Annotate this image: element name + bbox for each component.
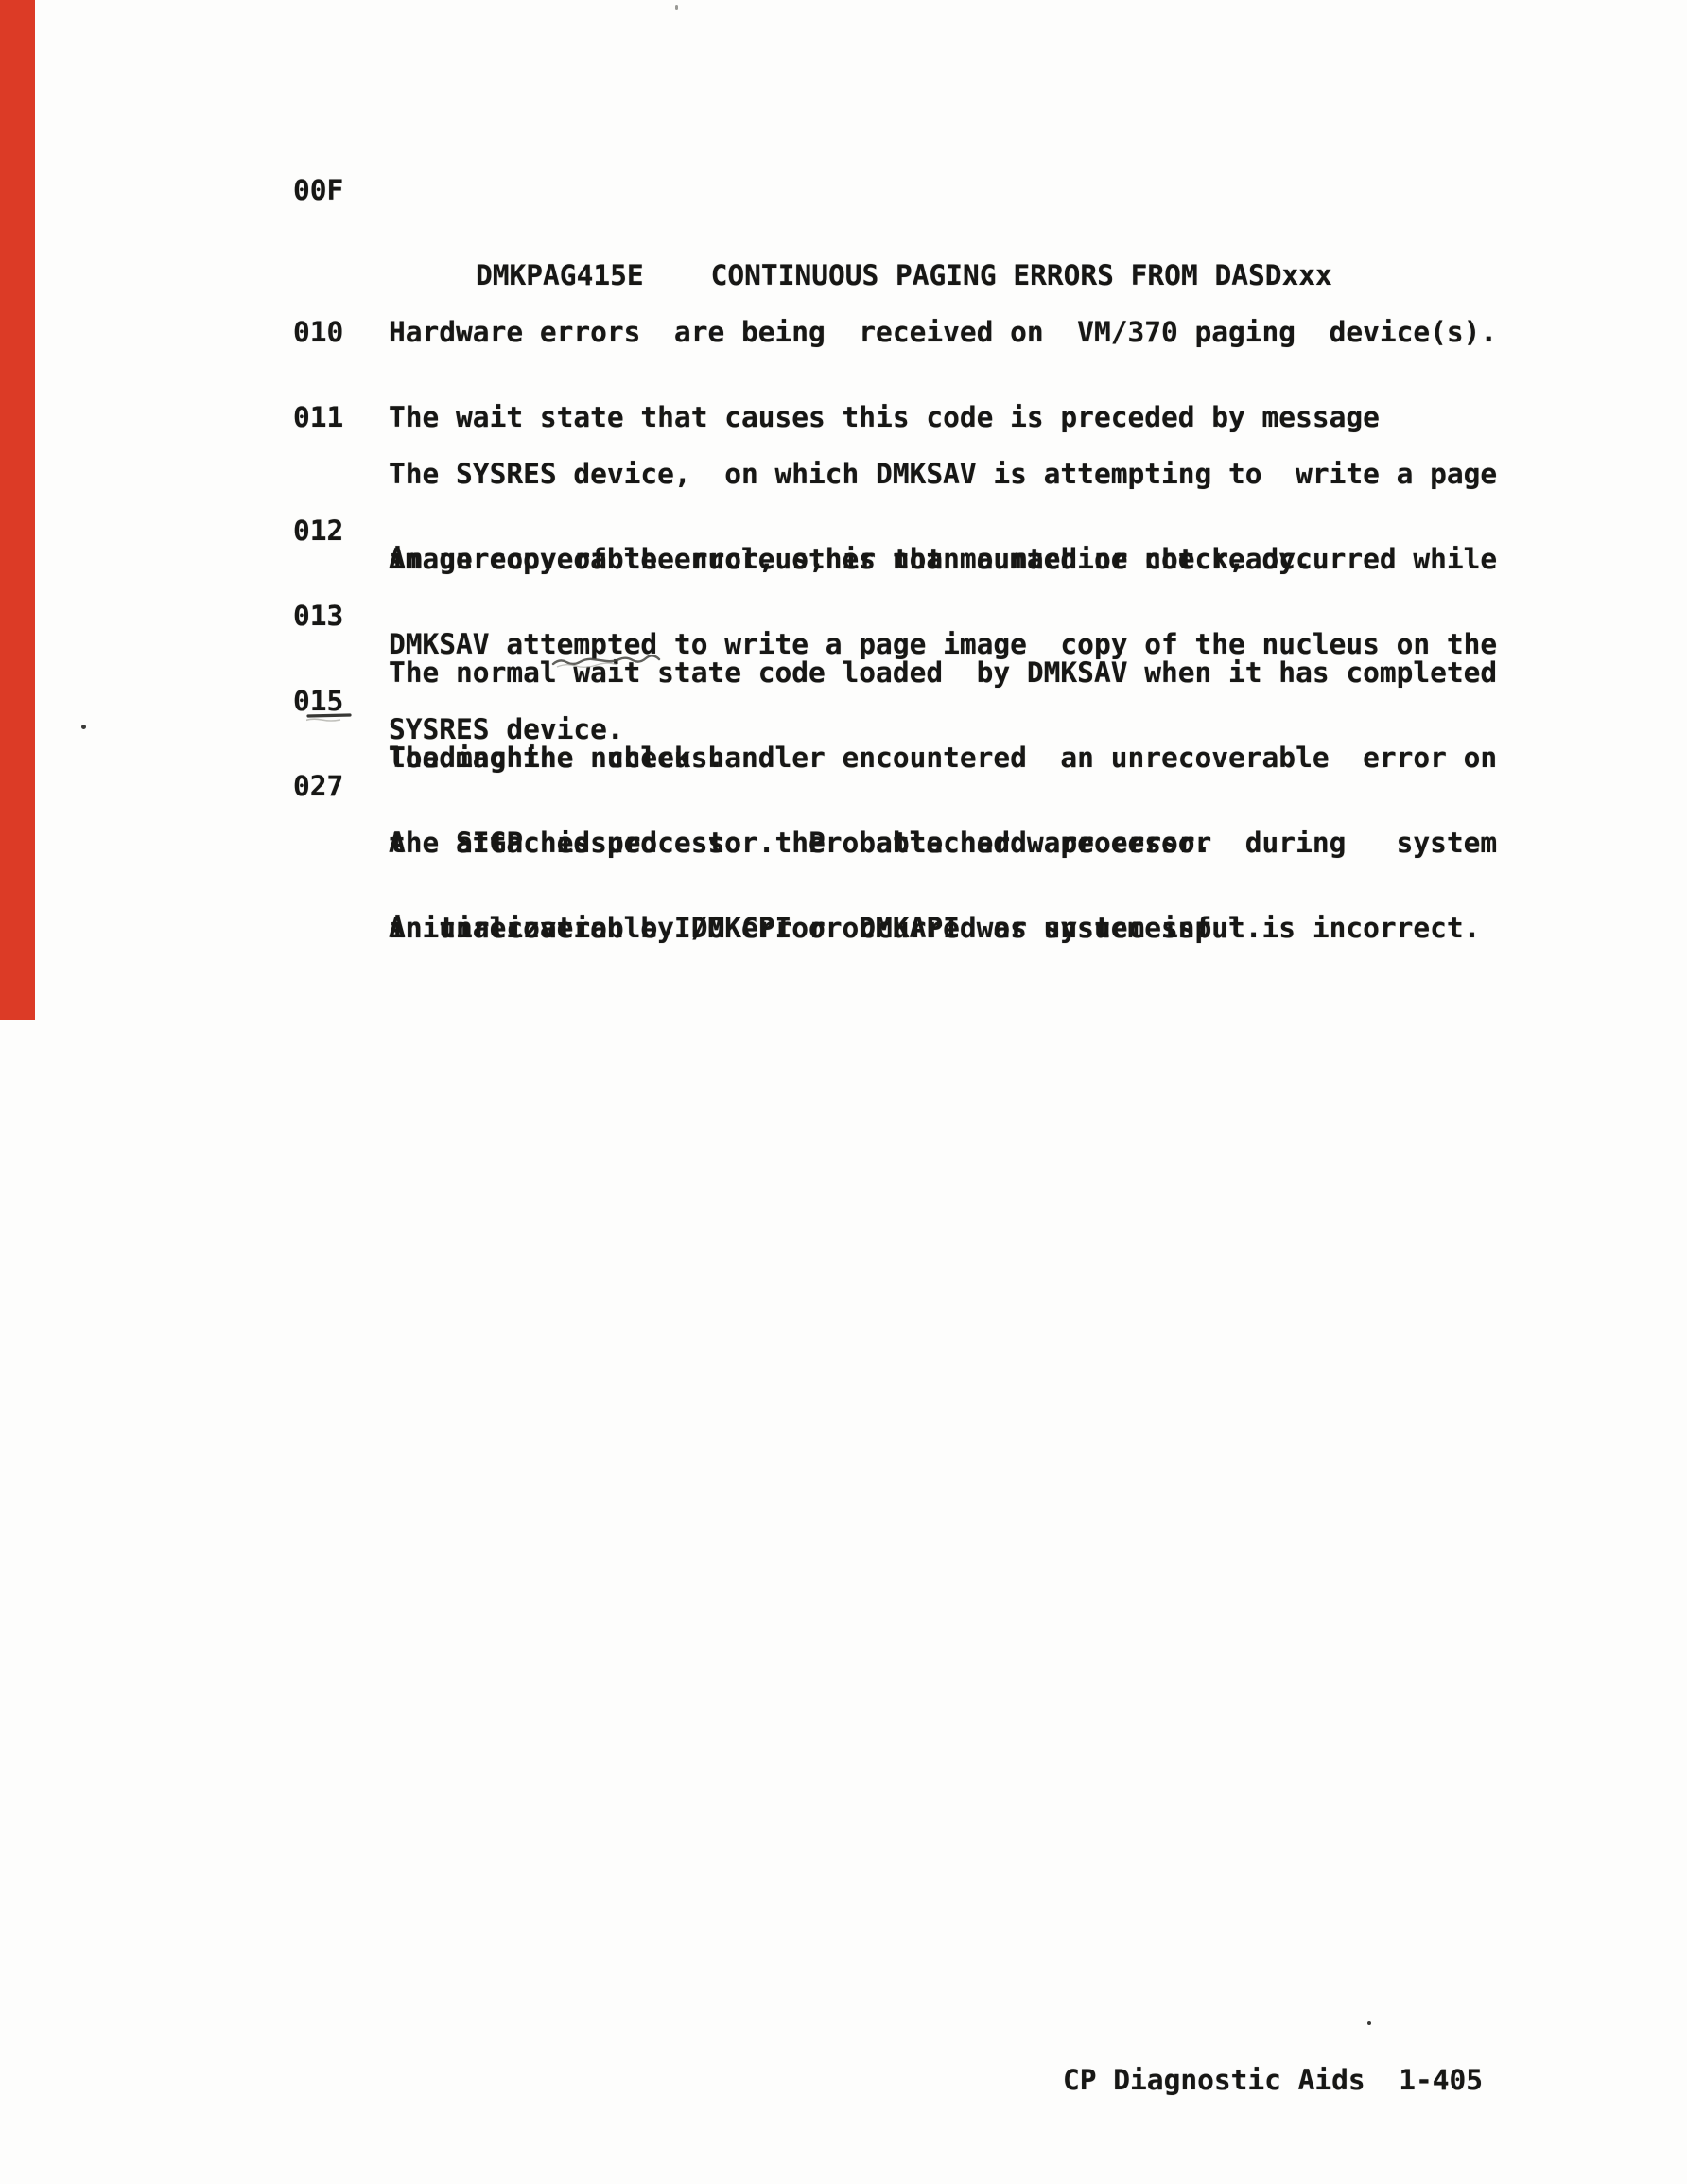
- paging-error-message: DMKPAG415E CONTINUOUS PAGING ERRORS FROM…: [476, 261, 1332, 289]
- wait-state-entry-027: 027 An unrecoverable I/O error occurred …: [293, 772, 1480, 1056]
- pencil-underline-attached-processor: [551, 655, 670, 670]
- wait-state-code: 00F: [293, 176, 343, 204]
- red-bleed-tab: [0, 0, 35, 1020]
- scan-speck-left-margin: [81, 725, 86, 729]
- wait-state-description: An unrecoverable I/O error occurred or s…: [389, 857, 1480, 999]
- wait-state-code: 012: [293, 516, 343, 545]
- scanned-manual-page: 00F Hardware errors are being received o…: [0, 0, 1687, 2184]
- wait-state-code: 011: [293, 403, 343, 431]
- pencil-underline-code-015: [306, 712, 356, 725]
- wait-state-code: 013: [293, 602, 343, 630]
- scan-speck-top: [675, 5, 678, 10]
- page-footer: CP Diagnostic Aids 1-405: [1063, 2066, 1483, 2094]
- wait-state-code: 015: [293, 687, 343, 715]
- scan-speck-above-footer: [1367, 2021, 1371, 2025]
- wait-state-code: 010: [293, 318, 343, 346]
- description-line: An unrecoverable I/O error occurred or s…: [389, 914, 1480, 942]
- wait-state-code: 027: [293, 772, 343, 800]
